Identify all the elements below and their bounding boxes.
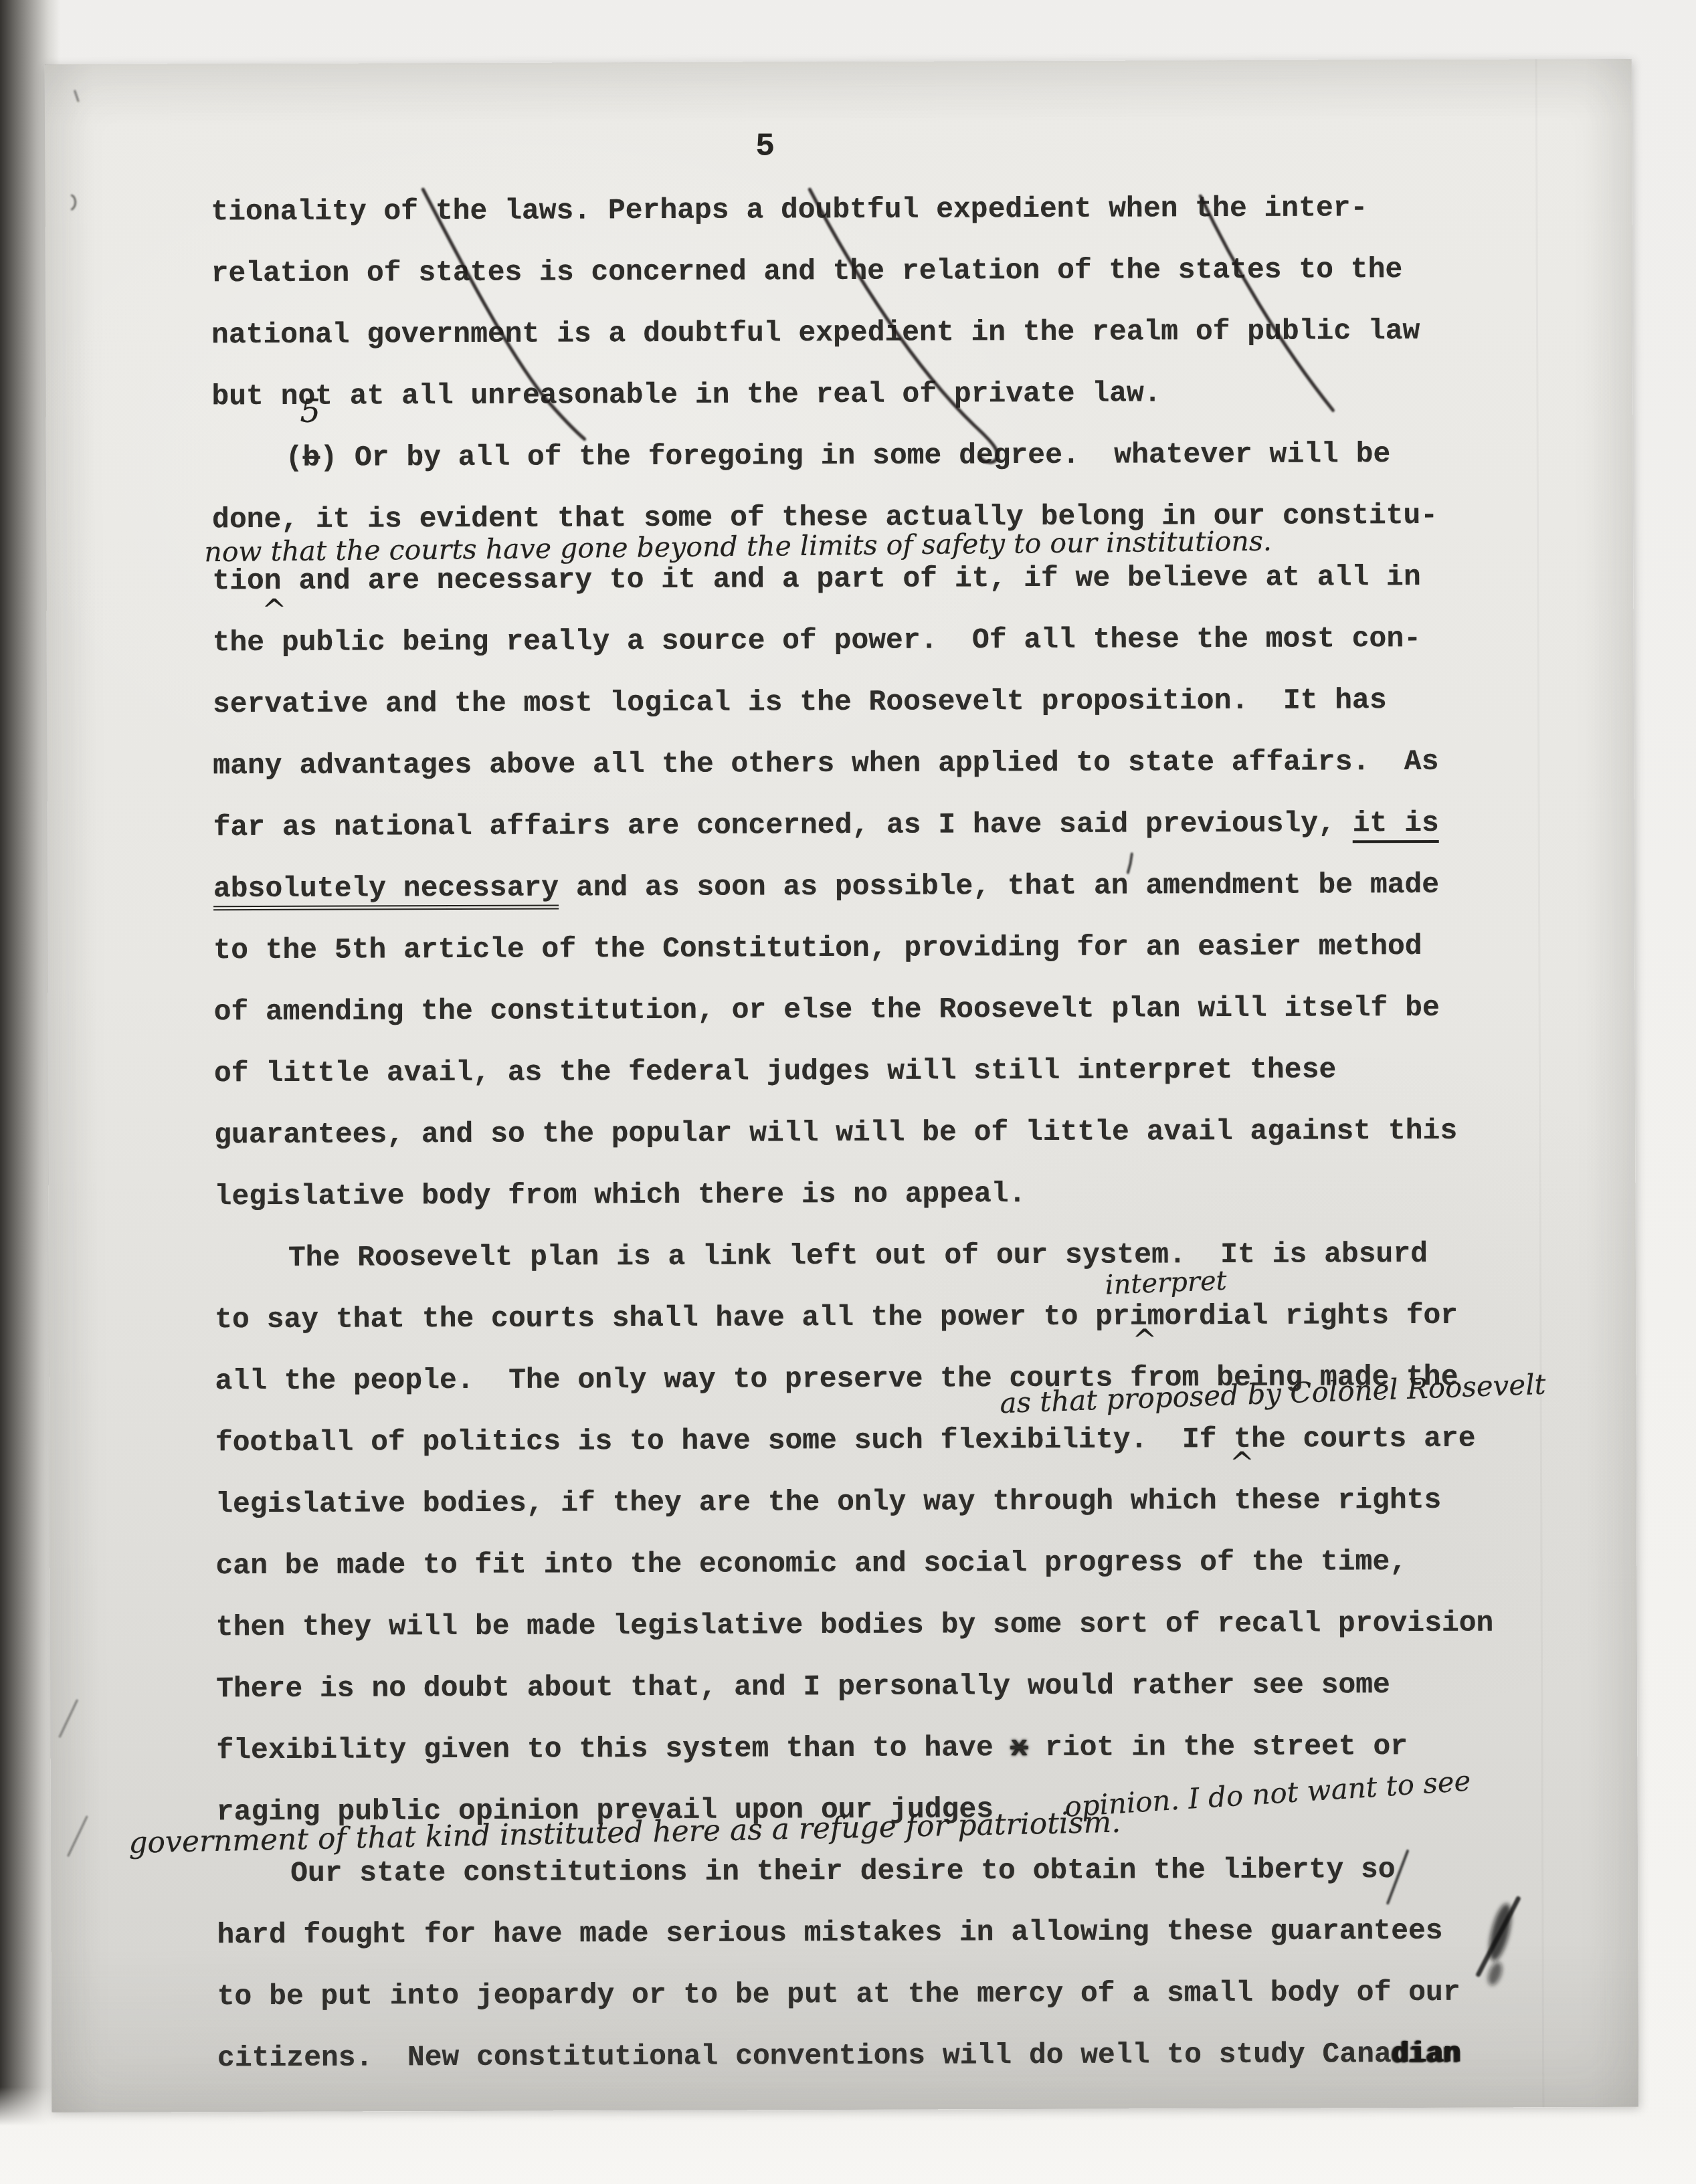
- typed-segment: and as soon as possible, that an amendme…: [559, 868, 1439, 904]
- typed-line: raging public opinion prevail upon our j…: [217, 1793, 1541, 1826]
- typed-line: There is no doubt about that, and I pers…: [216, 1670, 1541, 1703]
- margin-speck-tionality: [72, 195, 75, 209]
- typed-line: far as national affairs are concerned, a…: [213, 808, 1538, 841]
- typed-line: absolutely necessary and as soon as poss…: [213, 870, 1538, 903]
- typed-line: national government is a doubtful expedi…: [211, 316, 1536, 349]
- typed-segment: hard fought for have made serious mistak…: [217, 1914, 1442, 1951]
- typed-line: can be made to fit into the economic and…: [215, 1547, 1540, 1580]
- typed-segment-u: it is: [1353, 807, 1439, 843]
- typed-text: tionality of the laws. Perhaps a doubtfu…: [211, 193, 1542, 2105]
- typed-segment: legislative bodies, if they are the only…: [215, 1484, 1441, 1520]
- typed-segment: (: [286, 441, 303, 474]
- typed-segment: to the 5th article of the Constitution, …: [213, 930, 1422, 967]
- typed-line: football of politics is to have some suc…: [215, 1423, 1540, 1457]
- typed-segment: to be put into jeopardy or to be put at …: [217, 1976, 1461, 2013]
- typed-segment: guarantees, and so the popular will will…: [214, 1114, 1457, 1151]
- typed-segment: of amending the constitution, or else th…: [214, 991, 1440, 1028]
- typed-line: (b) Or by all of the foregoing in some d…: [212, 439, 1537, 472]
- typed-segment: riot in the street or: [1028, 1730, 1408, 1764]
- typed-line: relation of states is concerned and the …: [211, 254, 1536, 288]
- typed-segment: The Roosevelt plan is a link left out of…: [288, 1237, 1428, 1274]
- typed-segment: raging public opinion prevail upon our j…: [217, 1793, 994, 1828]
- typed-line: guarantees, and so the popular will will…: [214, 1116, 1539, 1149]
- scanned-document: 5 tionality of the laws. Perhaps a doubt…: [0, 0, 1696, 2184]
- margin-speck-top: [75, 91, 78, 101]
- typed-line: to say that the courts shall have all th…: [215, 1300, 1539, 1334]
- typed-segment: all the people. The only way to preserve…: [215, 1361, 1458, 1397]
- typed-line: citizens. New constitutional conventions…: [217, 2039, 1542, 2072]
- typed-segment: Our state constitutions in their desire …: [290, 1853, 1396, 1890]
- typed-line: The Roosevelt plan is a link left out of…: [215, 1239, 1539, 1272]
- typed-line: of amending the constitution, or else th…: [214, 993, 1539, 1026]
- typed-line: legislative body from which there is no …: [214, 1177, 1539, 1211]
- typed-segment: to say that the courts shall have all th…: [215, 1299, 1458, 1336]
- typed-segment: There is no doubt about that, and I pers…: [216, 1668, 1390, 1705]
- typed-segment: the public being really a source of powe…: [213, 622, 1421, 659]
- typed-line: legislative bodies, if they are the only…: [215, 1485, 1540, 1518]
- typed-line: done, it is evident that some of these a…: [212, 500, 1537, 534]
- typed-line: to the 5th article of the Constitution, …: [213, 931, 1538, 965]
- typed-line: of little avail, as the federal judges w…: [214, 1054, 1539, 1088]
- typed-segment: servative and the most logical is the Ro…: [213, 684, 1387, 720]
- typed-segment: relation of states is concerned and the …: [211, 253, 1403, 290]
- typed-segment: then they will be made legislative bodie…: [216, 1607, 1494, 1644]
- typed-segment: tionality of the laws. Perhaps a doubtfu…: [211, 191, 1368, 228]
- typed-segment: but not at all unreasonable in the real …: [211, 377, 1161, 413]
- margin-slash-1: [60, 1700, 77, 1736]
- typed-line: but not at all unreasonable in the real …: [211, 377, 1536, 411]
- typed-segment: citizens. New constitutional conventions…: [217, 2038, 1392, 2074]
- typed-segment: football of politics is to have some suc…: [215, 1422, 1476, 1460]
- typed-segment: tion and are necessary to it and a part …: [212, 561, 1420, 597]
- typed-line: hard fought for have made serious mistak…: [217, 1916, 1541, 1949]
- typed-line: then they will be made legislative bodie…: [216, 1608, 1541, 1642]
- typed-line: to be put into jeopardy or to be put at …: [217, 1977, 1542, 2011]
- typed-line: tionality of the laws. Perhaps a doubtfu…: [211, 193, 1535, 226]
- typed-segment: far as national affairs are concerned, a…: [213, 807, 1353, 843]
- typed-segment: national government is a doubtful expedi…: [211, 314, 1420, 351]
- typed-segment: legislative body from which there is no …: [214, 1177, 1026, 1213]
- typed-line: flexibility given to this system than to…: [216, 1731, 1541, 1765]
- typed-segment: can be made to fit into the economic and…: [215, 1545, 1407, 1582]
- typed-segment: of little avail, as the federal judges w…: [214, 1053, 1336, 1090]
- typed-line: Our state constitutions in their desire …: [217, 1854, 1541, 1888]
- typed-segment: ) Or by all of the foregoing in some deg…: [320, 437, 1390, 474]
- document-page: 5 tionality of the laws. Perhaps a doubt…: [45, 59, 1639, 2112]
- typed-segment-struck: b: [302, 441, 320, 474]
- typed-line: the public being really a source of powe…: [213, 623, 1537, 657]
- typed-segment: flexibility given to this system than to…: [216, 1731, 1010, 1767]
- typed-segment-blot: x: [1010, 1731, 1028, 1764]
- typed-segment-over: dian: [1392, 2038, 1461, 2070]
- typed-line: tion and are necessary to it and a part …: [212, 562, 1537, 595]
- typed-segment: many advantages above all the others whe…: [213, 745, 1438, 782]
- typed-line: servative and the most logical is the Ro…: [213, 685, 1537, 718]
- typed-line: all the people. The only way to preserve…: [215, 1362, 1539, 1395]
- typed-line: many advantages above all the others whe…: [213, 747, 1537, 780]
- typed-segment: done, it is evident that some of these a…: [212, 499, 1438, 536]
- typed-segment-u2: absolutely necessary: [213, 871, 559, 910]
- page-number: 5: [755, 128, 775, 165]
- margin-slash-2: [68, 1817, 87, 1856]
